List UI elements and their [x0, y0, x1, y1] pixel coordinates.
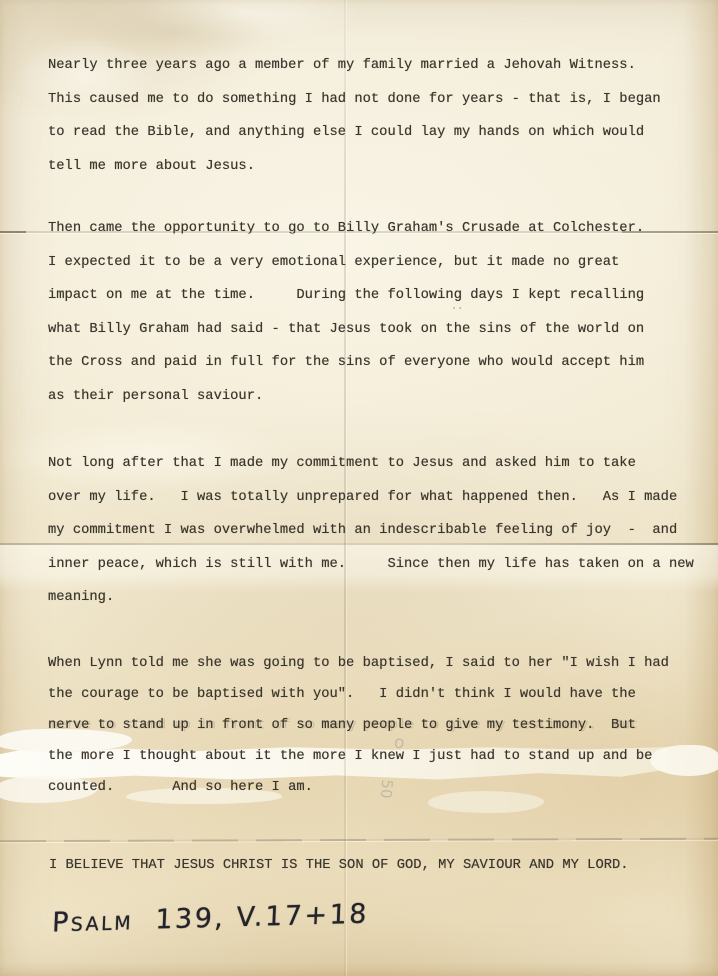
paragraph-4: When Lynn told me she was going to be ba…	[48, 648, 669, 803]
typed-line: counted. And so here I am.	[48, 772, 669, 803]
typed-line: inner peace, which is still with me. Sin…	[48, 548, 694, 582]
typed-line: Nearly three years ago a member of my fa…	[48, 49, 661, 83]
typed-line: I BELIEVE THAT JESUS CHRIST IS THE SON O…	[49, 856, 629, 876]
typed-line: I expected it to be a very emotional exp…	[48, 246, 644, 280]
paragraph-1: Nearly three years ago a member of my fa…	[48, 49, 661, 183]
typed-line: as their personal saviour.	[48, 380, 644, 414]
typed-line: the Cross and paid in full for the sins …	[48, 346, 644, 380]
typed-line: tell me more about Jesus.	[48, 150, 661, 184]
typed-line: This caused me to do something I had not…	[48, 83, 661, 117]
typed-line: my commitment I was overwhelmed with an …	[48, 514, 694, 548]
typed-line: what Billy Graham had said - that Jesus …	[48, 313, 644, 347]
typed-line: to read the Bible, and anything else I c…	[48, 116, 661, 150]
typed-line: the more I thought about it the more I k…	[48, 741, 669, 772]
typed-line: impact on me at the time. During the fol…	[48, 279, 644, 313]
typed-line: over my life. I was totally unprepared f…	[48, 481, 694, 515]
typed-line: Then came the opportunity to go to Billy…	[48, 212, 644, 246]
crease-edge-mark	[0, 231, 26, 233]
paragraph-3: Not long after that I made my commitment…	[48, 447, 694, 615]
fold-crease-horizontal-lower	[0, 838, 718, 843]
typed-line: nerve to stand up in front of so many pe…	[48, 710, 669, 741]
letter-page: o 50 .. Nearly three years ago a member …	[0, 0, 718, 976]
paragraph-2: Then came the opportunity to go to Billy…	[48, 212, 644, 414]
typed-line: When Lynn told me she was going to be ba…	[48, 648, 669, 679]
typed-line: the courage to be baptised with you". I …	[48, 679, 669, 710]
typed-line: meaning.	[48, 581, 694, 615]
belief-declaration: I BELIEVE THAT JESUS CHRIST IS THE SON O…	[49, 856, 629, 876]
typed-line: Not long after that I made my commitment…	[48, 447, 694, 481]
handwritten-psalm-note: Psalm 139, V.17+18	[51, 899, 369, 939]
